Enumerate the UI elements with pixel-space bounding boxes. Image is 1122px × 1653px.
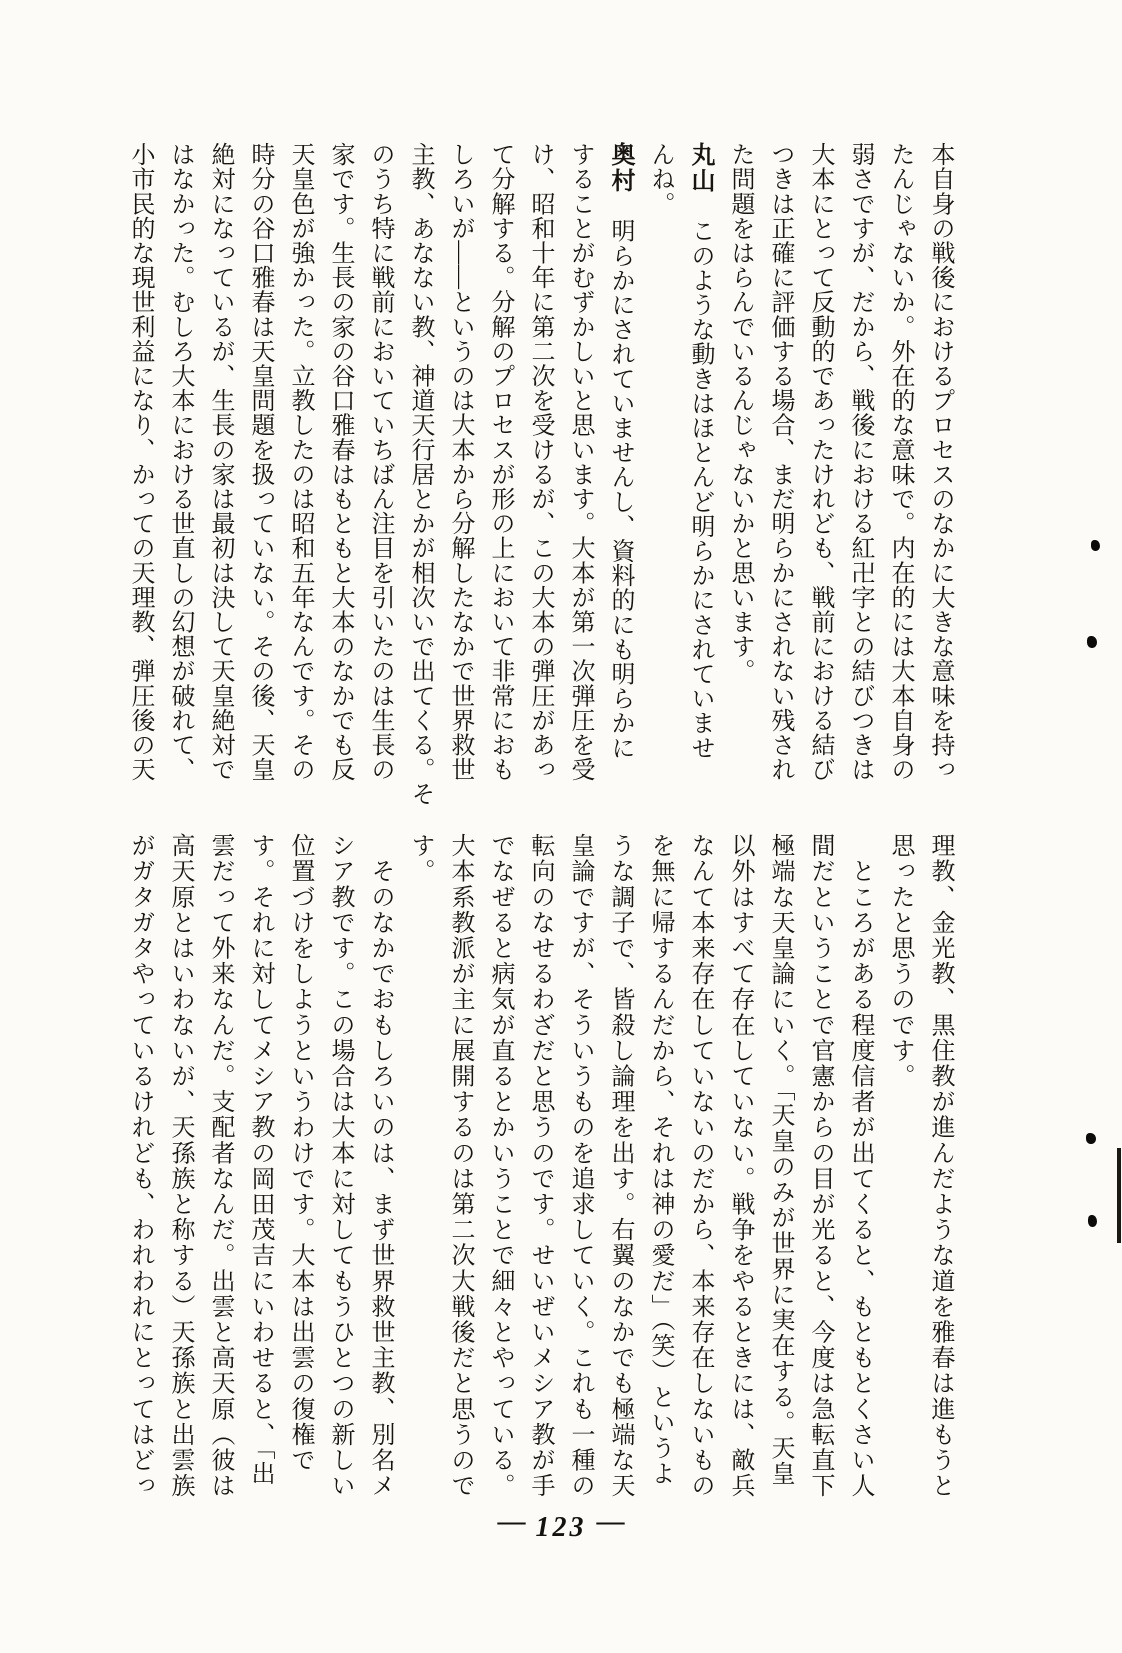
text-column: がガタガタやっているけれども、われわれにとってはどっ: [120, 833, 160, 1503]
speaker-name: 奥村: [607, 142, 634, 194]
ink-speck: [1087, 636, 1097, 648]
text-column: 思ったと思うのです。: [880, 833, 920, 1503]
text-column: 雲だって外来なんだ。支配者なんだ。出雲と高天原（彼は: [200, 833, 240, 1503]
text-column: 主教、あなない教、神道天行居とかが相次いで出てくる。そ: [400, 142, 440, 794]
text-column: 家です。生長の家の谷口雅春はもともと大本のなかでも反: [320, 142, 360, 794]
text-column: 間だということで官憲からの目が光ると、今度は急転直下: [800, 833, 840, 1503]
text-column: んね。: [640, 142, 680, 794]
scan-edge-line: [1117, 1148, 1121, 1243]
text-column: 天皇色が強かった。立教したのは昭和五年なんです。その: [280, 142, 320, 794]
text-column: 位置づけをしようというわけです。大本は出雲の復権で: [280, 833, 320, 1503]
text-column: することがむずかしいと思います。大本が第一次弾圧を受: [560, 142, 600, 794]
speaker-name: 丸山: [687, 142, 714, 194]
text-column: 理教、金光教、黒住教が進んだような道を雅春は進もうと: [920, 833, 960, 1503]
text-column: た問題をはらんでいるんじゃないかと思います。: [720, 142, 760, 794]
text-column: 絶対になっているが、生長の家は最初は決して天皇絶対で: [200, 142, 240, 794]
page-number-value: 123: [526, 1512, 597, 1543]
page-number-left-dash: —: [498, 1506, 526, 1537]
text-column: 丸山 このような動きはほとんど明らかにされていませ: [680, 142, 720, 794]
text-column: ところがある程度信者が出てくると、もともとくさい人: [840, 833, 880, 1503]
text-column: 時分の谷口雅春は天皇問題を扱っていない。その後、天皇: [240, 142, 280, 794]
upper-text-block: 本自身の戦後におけるプロセスのなかに大きな意味を持ったんじゃないか。外在的な意味…: [118, 142, 960, 794]
ink-speck: [1088, 1215, 1097, 1227]
text-column: 大本にとって反動的であったけれども、戦前における結び: [800, 142, 840, 794]
text-column: 弱さですが、だから、戦後における紅卍字との結びつきは: [840, 142, 880, 794]
text-column: 大本系教派が主に展開するのは第二次大戦後だと思うので: [440, 833, 480, 1503]
text-column: シア教です。この場合は大本に対してもうひとつの新しい: [320, 833, 360, 1503]
text-column: そのなかでおもしろいのは、まず世界救世主教、別名メ: [360, 833, 400, 1503]
text-column: 転向のなせるわざだと思うのです。せいぜいメシア教が手: [520, 833, 560, 1503]
text-column: け、昭和十年に第二次を受けるが、この大本の弾圧があっ: [520, 142, 560, 794]
text-column: 小市民的な現世利益になり、かっての天理教、弾圧後の天: [120, 142, 160, 794]
text-column: 本自身の戦後におけるプロセスのなかに大きな意味を持っ: [920, 142, 960, 794]
text-column: でなぜると病気が直るとかいうことで細々とやっている。: [480, 833, 520, 1503]
text-column: す。: [400, 833, 440, 1503]
text-column: 以外はすべて存在していない。戦争をやるときには、敵兵: [720, 833, 760, 1503]
text-column: を無に帰するんだから、それは神の愛だ」（笑）というよ: [640, 833, 680, 1503]
page-number: —123—: [0, 1512, 1122, 1544]
text-column: 奥村 明らかにされていませんし、資料的にも明らかに: [600, 142, 640, 794]
text-column: たんじゃないか。外在的な意味で。内在的には大本自身の: [880, 142, 920, 794]
page-number-right-dash: —: [597, 1506, 625, 1537]
text-column: て分解する。分解のプロセスが形の上において非常におも: [480, 142, 520, 794]
scanned-book-page: 本自身の戦後におけるプロセスのなかに大きな意味を持ったんじゃないか。外在的な意味…: [0, 0, 1122, 1653]
lower-text-block: 理教、金光教、黒住教が進んだような道を雅春は進もうと思ったと思うのです。 ところ…: [118, 833, 960, 1503]
text-column: うな調子で、皆殺し論理を出す。右翼のなかでも極端な天: [600, 833, 640, 1503]
text-column: はなかった。むしろ大本における世直しの幻想が破れて、: [160, 142, 200, 794]
ink-speck: [1091, 540, 1100, 551]
text-column: 皇論ですが、そういうものを追求していく。これも一種の: [560, 833, 600, 1503]
text-column: なんて本来存在していないのだから、本来存在しないもの: [680, 833, 720, 1503]
text-column: 高天原とはいわないが、天孫族と称する）天孫族と出雲族: [160, 833, 200, 1503]
text-column: しろいが——というのは大本から分解したなかで世界救世: [440, 142, 480, 794]
text-column: のうち特に戦前においていちばん注目を引いたのは生長の: [360, 142, 400, 794]
text-column: す。それに対してメシア教の岡田茂吉にいわせると、「出: [240, 833, 280, 1503]
text-column: つきは正確に評価する場合、まだ明らかにされない残され: [760, 142, 800, 794]
text-column: 極端な天皇論にいく。「天皇のみが世界に実在する。天皇: [760, 833, 800, 1503]
ink-speck: [1086, 1133, 1096, 1144]
